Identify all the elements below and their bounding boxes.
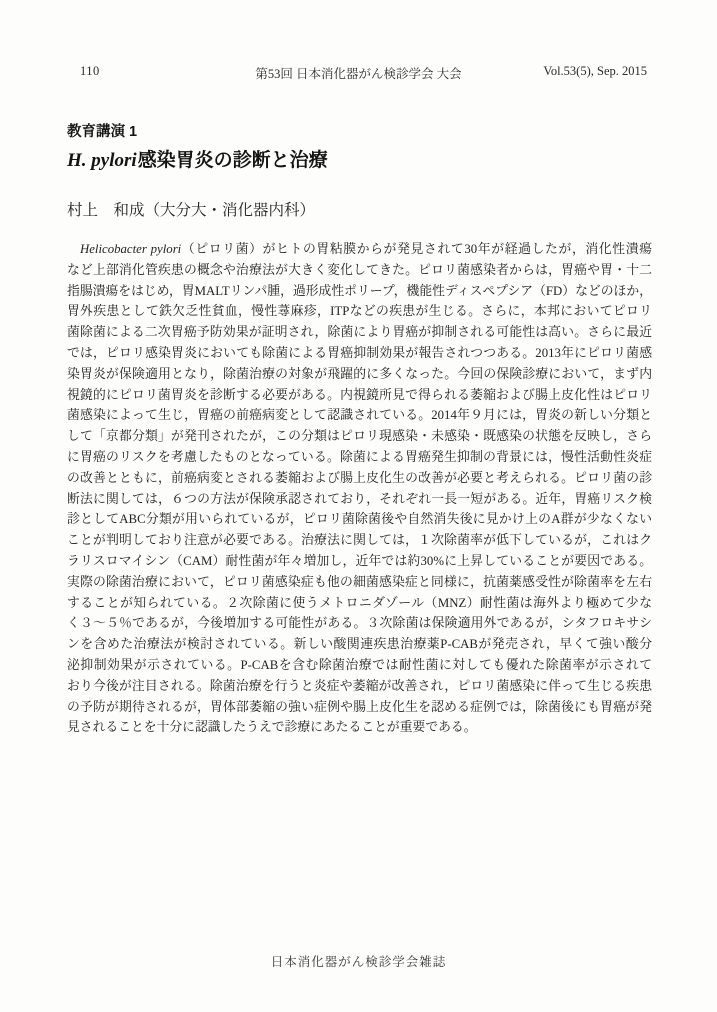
abstract-line: ラリスロマイシン（CAM）耐性菌が年々増加し，近年では約30%に上昇していること… <box>67 551 652 572</box>
abstract-line: Helicobacter pylori（ピロリ菌）がヒトの胃粘膜からが発見されて… <box>67 239 652 260</box>
abstract-line: 実際の除菌治療において，ピロリ菌感染症も他の細菌感染症と同様に，抗菌薬感受性が除… <box>67 572 652 593</box>
journal-footer: 日本消化器がん検診学会雑誌 <box>0 952 717 970</box>
journal-page: 110 第53回 日本消化器がん検診学会 大会 Vol.53(5), Sep. … <box>0 0 717 1012</box>
abstract-line: の改善とともに，前癌病変とされる萎縮および腸上皮化生の改善が必要と考えられる。ピ… <box>67 468 652 489</box>
paper-title: H. pylori感染胃炎の診断と治療 <box>67 145 328 172</box>
abstract-line: することが知られている。２次除菌に使うメトロニダゾール（MNZ）耐性菌は海外より… <box>67 593 652 614</box>
abstract-line: ことが判明しており注意が必要である。治療法に関しては，１次除菌率が低下しているが… <box>67 530 652 551</box>
volume-info: Vol.53(5), Sep. 2015 <box>543 64 647 79</box>
abstract-line: 染胃炎が保険適用となり，除菌治療の対象が飛躍的に多くなった。今回の保険診療におい… <box>67 364 652 385</box>
author-affiliation: 村上 和成（大分大・消化器内科） <box>67 198 315 220</box>
abstract-line: 胃外疾患として鉄欠乏性貧血，慢性蕁麻疹，ITPなどの疾患が生じる。さらに，本邦に… <box>67 301 652 322</box>
abstract-line: では，ピロリ感染胃炎においても除菌による胃癌抑制効果が報告されつつある。2013… <box>67 343 652 364</box>
abstract-line: く３〜５％であるが，今後増加する可能性がある。３次除菌は保険適用外であるが，シタ… <box>67 613 652 634</box>
abstract-line: 泌抑制効果が示されている。P-CABを含む除菌治療では耐性菌に対しても優れた除菌… <box>67 655 652 676</box>
abstract-line: に胃癌のリスクを考慮したものとなっている。除菌による胃癌発生抑制の背景には，慢性… <box>67 447 652 468</box>
abstract-line: して「京都分類」が発刊されたが，この分類はピロリ現感染・未感染・既感染の状態を反… <box>67 426 652 447</box>
abstract-line: 菌除菌による二次胃癌予防効果が証明され，除菌により胃癌が抑制される可能性は高い。… <box>67 322 652 343</box>
abstract-line: 菌感染によって生じ，胃癌の前癌病変として認識されている。2014年９月には，胃炎… <box>67 405 652 426</box>
abstract-line: など上部消化管疾患の概念や治療法が大きく変化してきた。ピロリ菌感染者からは，胃癌… <box>67 260 652 281</box>
abstract-line: 断法に関しては，６つの方法が保険承認されており，それぞれ一長一短がある。近年，胃… <box>67 489 652 510</box>
abstract-line: おり今後が注目される。除菌治療を行うと炎症や萎縮が改善され，ピロリ菌感染に伴って… <box>67 676 652 697</box>
abstract-line: 視鏡的にピロリ菌胃炎を診断する必要がある。内視鏡所見で得られる萎縮および腸上皮化… <box>67 385 652 406</box>
abstract-line: 指腸潰瘍をはじめ，胃MALTリンパ腫，過形成性ポリープ，機能性ディスペプシア（F… <box>67 281 652 302</box>
abstract-line: 診としてABC分類が用いられているが，ピロリ菌除菌後や自然消失後に見かけ上のA群… <box>67 509 652 530</box>
session-label: 教育講演 1 <box>67 120 137 141</box>
abstract-line: 見されることを十分に認識したうえで診療にあたることが重要である。 <box>67 717 652 738</box>
running-head: 110 第53回 日本消化器がん検診学会 大会 Vol.53(5), Sep. … <box>0 64 717 82</box>
species-name-title: H. pylori <box>67 150 138 171</box>
abstract-line: ンを含めた治療法が検討されている。新しい酸関連疾患治療薬P-CABが発売され，早… <box>67 634 652 655</box>
paper-title-rest: 感染胃炎の診断と治療 <box>138 150 328 171</box>
abstract-line: の予防が期待されるが，胃体部萎縮の強い症例や腸上皮化生を認める症例では，除菌後に… <box>67 697 652 718</box>
species-name-italic: Helicobacter pylori <box>80 242 181 256</box>
abstract-body: Helicobacter pylori（ピロリ菌）がヒトの胃粘膜からが発見されて… <box>67 239 652 738</box>
